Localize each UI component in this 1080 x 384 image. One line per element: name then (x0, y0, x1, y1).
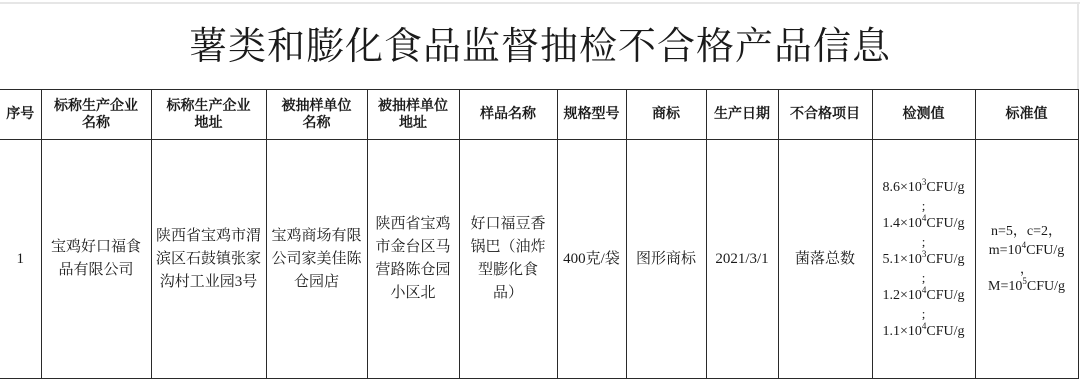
header-seq: 序号 (0, 90, 41, 140)
test-value-1: 8.6×103CFU/g (875, 178, 973, 197)
cell-trademark: 图形商标 (626, 140, 706, 379)
separator: ; (875, 305, 973, 322)
cell-seq: 1 (0, 140, 41, 379)
header-failed-item: 不合格项目 (778, 90, 872, 140)
table-row: 1 宝鸡好口福食品有限公司 陕西省宝鸡市渭滨区石鼓镇张家沟村工业园3号 宝鸡商场… (0, 140, 1078, 379)
separator: ; (875, 197, 973, 214)
header-spec: 规格型号 (557, 90, 626, 140)
cell-sampled-unit-address: 陕西省宝鸡市金台区马营路陈仓园小区北 (367, 140, 459, 379)
header-standard-value: 标准值 (975, 90, 1078, 140)
separator: ; (875, 233, 973, 250)
standard-M-limit: M=105CFU/g (978, 277, 1076, 296)
separator: ; (875, 269, 973, 286)
top-border-line (0, 2, 1080, 4)
header-sampled-unit-name: 被抽样单位名称 (266, 90, 367, 140)
header-sampled-unit-address: 被抽样单位地址 (367, 90, 459, 140)
cell-spec: 400克/袋 (557, 140, 626, 379)
separator: ， (978, 260, 1076, 277)
header-test-value: 检测值 (872, 90, 975, 140)
header-sample-name: 样品名称 (459, 90, 557, 140)
cell-manufacturer-address: 陕西省宝鸡市渭滨区石鼓镇张家沟村工业园3号 (151, 140, 266, 379)
standard-sampling-plan: n=5，c=2， (978, 222, 1076, 241)
cell-manufacturer-name: 宝鸡好口福食品有限公司 (41, 140, 151, 379)
table-header-row: 序号 标称生产企业名称 标称生产企业地址 被抽样单位名称 被抽样单位地址 样品名… (0, 90, 1078, 140)
nonconforming-products-table: 序号 标称生产企业名称 标称生产企业地址 被抽样单位名称 被抽样单位地址 样品名… (0, 89, 1079, 379)
test-value-5: 1.1×104CFU/g (875, 322, 973, 341)
document-page: 薯类和膨化食品监督抽检不合格产品信息 序号 标称生产企业名称 标称生产企业地址 … (0, 0, 1080, 384)
cell-production-date: 2021/3/1 (706, 140, 778, 379)
header-production-date: 生产日期 (706, 90, 778, 140)
test-value-4: 1.2×104CFU/g (875, 286, 973, 305)
header-trademark: 商标 (626, 90, 706, 140)
cell-standard-value: n=5，c=2， m=104CFU/g ， M=105CFU/g (975, 140, 1078, 379)
test-value-3: 5.1×103CFU/g (875, 250, 973, 269)
header-manufacturer-address: 标称生产企业地址 (151, 90, 266, 140)
page-title: 薯类和膨化食品监督抽检不合格产品信息 (0, 14, 1080, 78)
cell-sampled-unit-name: 宝鸡商场有限公司家美佳陈仓园店 (266, 140, 367, 379)
standard-m-limit: m=104CFU/g (978, 241, 1076, 260)
cell-sample-name: 好口福豆香锅巴（油炸型膨化食品） (459, 140, 557, 379)
cell-failed-item: 菌落总数 (778, 140, 872, 379)
cell-test-value: 8.6×103CFU/g ; 1.4×104CFU/g ; 5.1×103CFU… (872, 140, 975, 379)
test-value-2: 1.4×104CFU/g (875, 214, 973, 233)
header-manufacturer-name: 标称生产企业名称 (41, 90, 151, 140)
